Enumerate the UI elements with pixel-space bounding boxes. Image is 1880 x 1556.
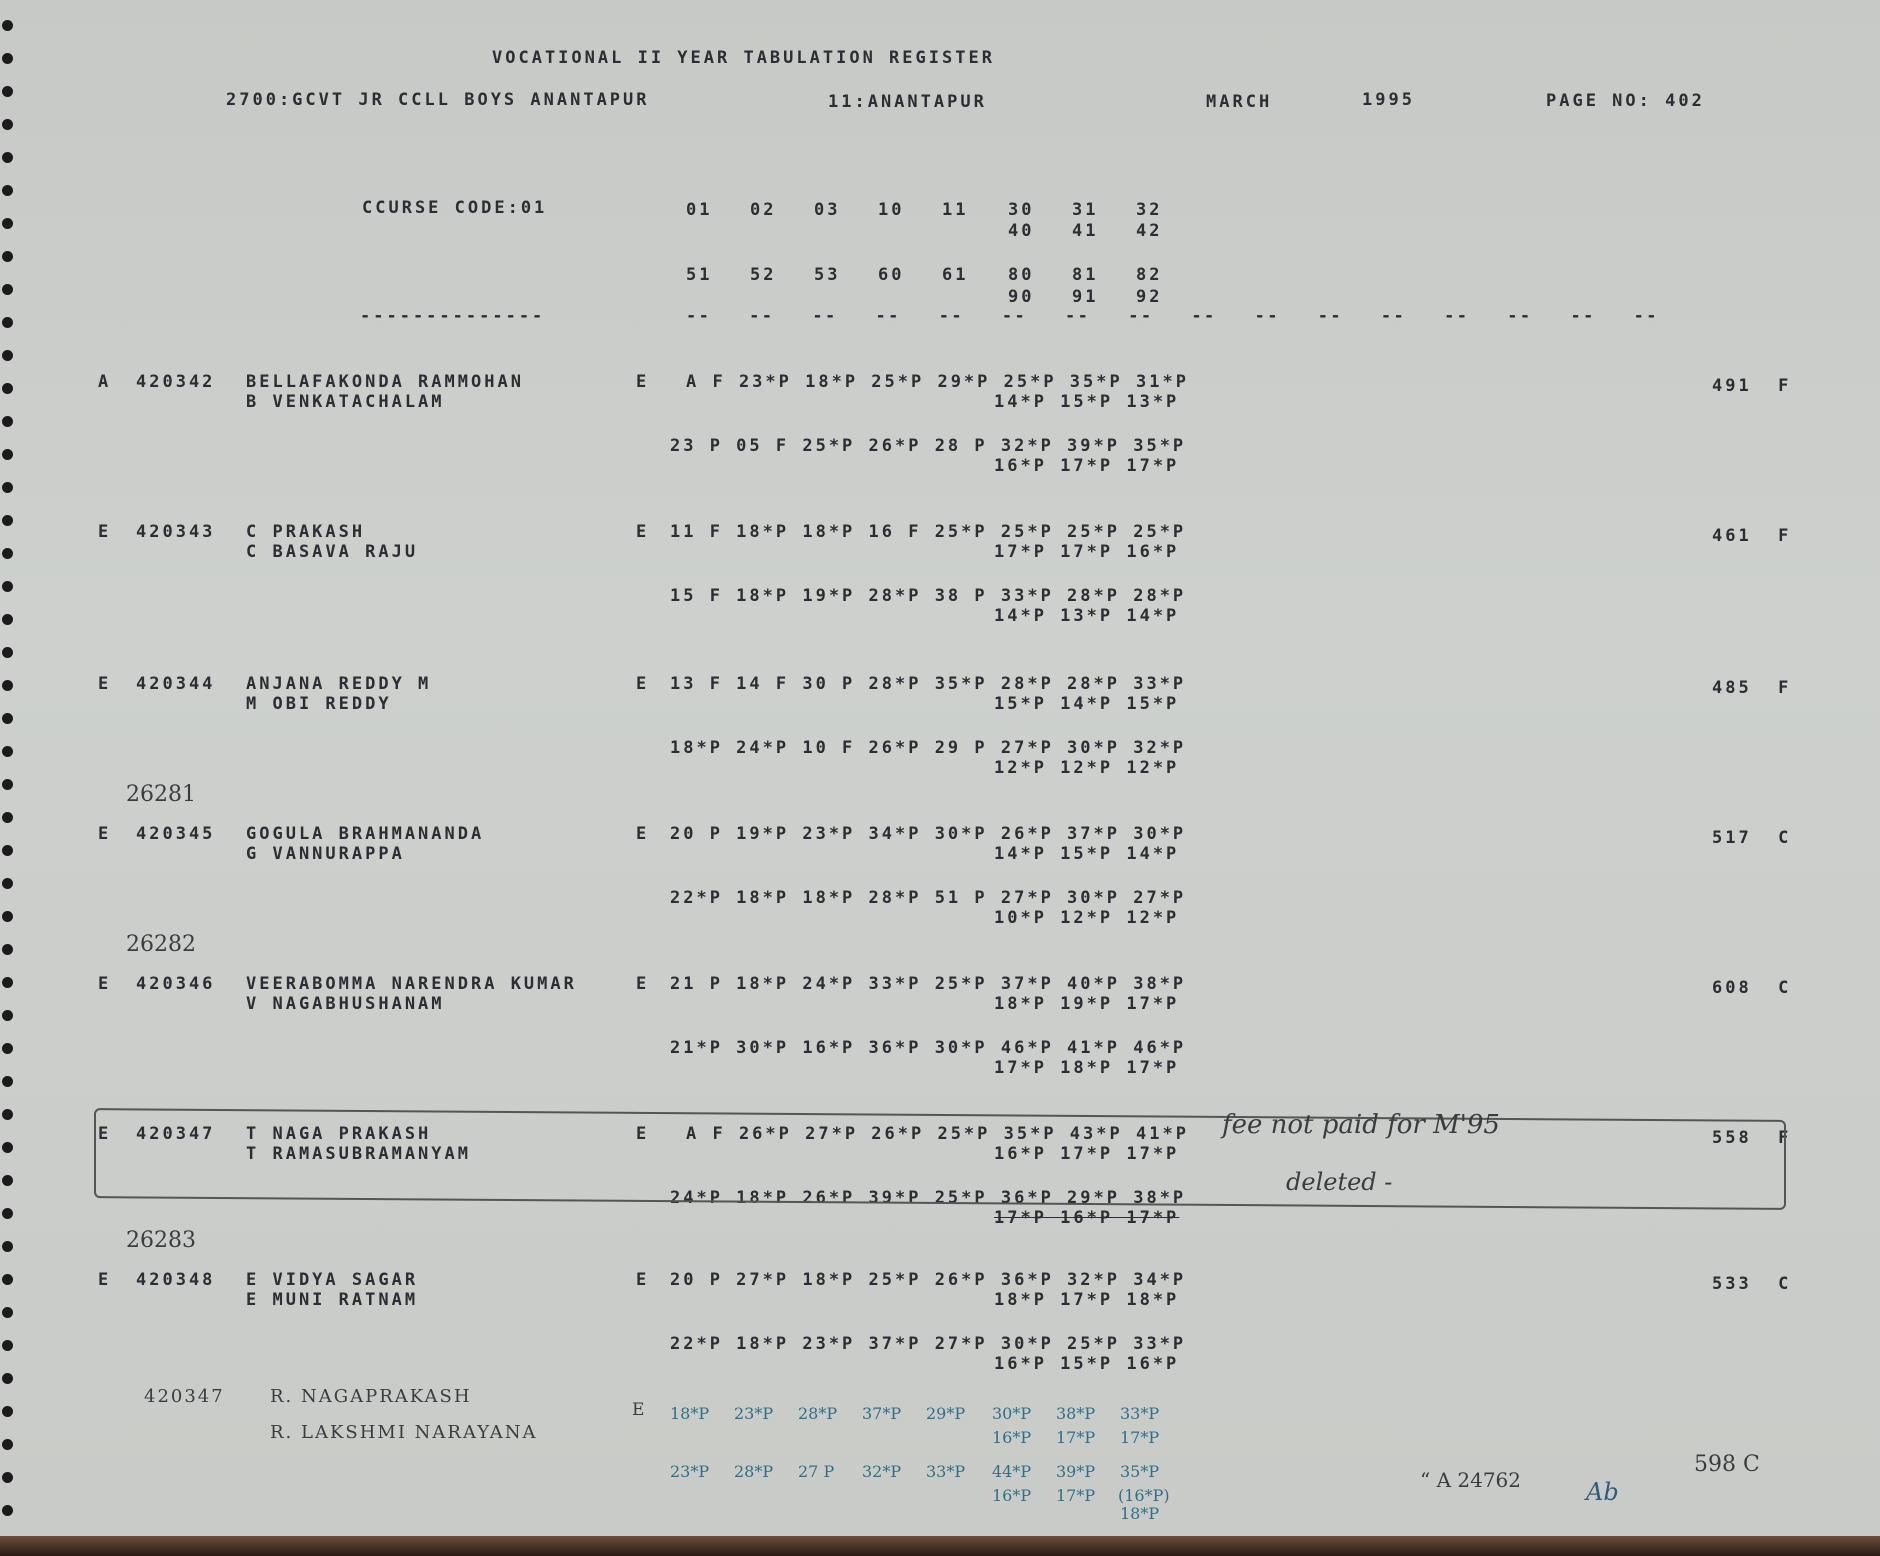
binding-hole: [2, 911, 13, 922]
marks-line-1: A F 23*P 18*P 25*P 29*P 25*P 35*P 31*P: [686, 372, 1189, 392]
hw-name: R. NAGAPRAKASH: [270, 1386, 472, 1407]
binding-hole: [2, 1241, 13, 1252]
hw-mark: 16*P: [992, 1428, 1031, 1447]
code: 11: [942, 200, 968, 220]
grand-total: 461 F: [1712, 526, 1791, 546]
hw-father: R. LAKSHMI NARAYANA: [270, 1422, 538, 1443]
student-name: VEERABOMMA NARENDRA KUMAR: [246, 974, 577, 994]
hw-mark: 28*P: [734, 1462, 773, 1481]
marks-line-2b: 17*P 16*P 17*P: [994, 1208, 1179, 1228]
binding-hole: [2, 119, 13, 130]
code: 91: [1072, 287, 1098, 307]
code: 41: [1072, 221, 1098, 241]
binding-hole: [2, 1274, 13, 1285]
hw-mark: 37*P: [862, 1404, 901, 1423]
exam-month: MARCH: [1206, 92, 1272, 112]
binding-hole: [2, 1439, 13, 1450]
hand-note: 26283: [126, 1228, 196, 1253]
column-dashes: -- -- -- -- -- -- -- -- -- -- -- -- -- -…: [686, 306, 1659, 326]
binding-hole: [2, 1208, 13, 1219]
binding-hole: [2, 152, 13, 163]
hand-note: 26281: [126, 782, 196, 807]
marks-line-2b: 16*P 15*P 16*P: [994, 1354, 1179, 1374]
binding-holes: [0, 20, 18, 1540]
student-flag: A: [98, 372, 111, 392]
marks-line-1: 13 F 14 F 30 P 28*P 35*P 28*P 28*P 33*P: [670, 674, 1186, 694]
code: 02: [750, 200, 776, 220]
deleted-entry-box: [94, 1108, 1786, 1210]
hw-mark: 32*P: [862, 1462, 901, 1481]
binding-hole: [2, 86, 13, 97]
student-name: C PRAKASH: [246, 522, 365, 542]
code: 10: [878, 200, 904, 220]
annotation-fee-not-paid: fee not paid for M'95: [1222, 1110, 1500, 1140]
annotation-deleted: deleted -: [1286, 1168, 1392, 1196]
marks-line-1: 20 P 27*P 18*P 25*P 26*P 36*P 32*P 34*P: [670, 1270, 1186, 1290]
district: 11:ANANTAPUR: [828, 92, 987, 112]
binder-edge: [0, 1536, 1880, 1556]
marks-line-2: 18*P 24*P 10 F 26*P 29 P 27*P 30*P 32*P: [670, 738, 1186, 758]
marks-line-2: 22*P 18*P 18*P 28*P 51 P 27*P 30*P 27*P: [670, 888, 1186, 908]
hw-mark: 30*P: [992, 1404, 1031, 1423]
student-flag: E: [98, 674, 111, 694]
code: 90: [1008, 287, 1034, 307]
binding-hole: [2, 1406, 13, 1417]
binding-hole: [2, 515, 13, 526]
code: 60: [878, 265, 904, 285]
medium: E: [636, 974, 649, 994]
marks-line-2b: 12*P 12*P 12*P: [994, 758, 1179, 778]
father-name: G VANNURAPPA: [246, 844, 405, 864]
marks-line-2: 15 F 18*P 19*P 28*P 38 P 33*P 28*P 28*P: [670, 586, 1186, 606]
code: 52: [750, 265, 776, 285]
exam-year: 1995: [1362, 90, 1415, 110]
student-flag: E: [98, 824, 111, 844]
code: 82: [1136, 265, 1162, 285]
binding-hole: [2, 1142, 13, 1153]
hw-mark: 28*P: [798, 1404, 837, 1423]
binding-hole: [2, 746, 13, 757]
marks-line-2: 22*P 18*P 23*P 37*P 27*P 30*P 25*P 33*P: [670, 1334, 1186, 1354]
binding-hole: [2, 977, 13, 988]
father-name: E MUNI RATNAM: [246, 1290, 418, 1310]
hw-mark: 27 P: [798, 1462, 834, 1481]
marks-line-1: 21 P 18*P 24*P 33*P 25*P 37*P 40*P 38*P: [670, 974, 1186, 994]
binding-hole: [2, 53, 13, 64]
marks-line-1b: 17*P 17*P 16*P: [994, 542, 1179, 562]
binding-hole: [2, 944, 13, 955]
code: 01: [686, 200, 712, 220]
hw-mark: 29*P: [926, 1404, 965, 1423]
marks-line-2b: 14*P 13*P 14*P: [994, 606, 1179, 626]
page-number: PAGE NO: 402: [1546, 91, 1705, 111]
marks-line-1b: 15*P 14*P 15*P: [994, 694, 1179, 714]
father-name: B VENKATACHALAM: [246, 392, 445, 412]
roll-number: 420348: [136, 1270, 215, 1290]
hw-mark: 38*P: [1056, 1404, 1095, 1423]
code: 80: [1008, 265, 1034, 285]
hw-mark: 23*P: [734, 1404, 773, 1423]
binding-hole: [2, 1175, 13, 1186]
binding-hole: [2, 647, 13, 658]
medium: E: [636, 674, 649, 694]
binding-hole: [2, 614, 13, 625]
marks-line-1b: 18*P 17*P 18*P: [994, 1290, 1179, 1310]
marks-line-1b: 14*P 15*P 13*P: [994, 392, 1179, 412]
code: 92: [1136, 287, 1162, 307]
hw-roll: 420347: [144, 1386, 225, 1407]
hw-mark: 23*P: [670, 1462, 709, 1481]
binding-hole: [2, 1505, 13, 1516]
grand-total: 491 F: [1712, 376, 1791, 396]
code: 61: [942, 265, 968, 285]
medium: E: [636, 824, 649, 844]
roll-number: 420343: [136, 522, 215, 542]
hw-mark: 39*P: [1056, 1462, 1095, 1481]
father-name: V NAGABHUSHANAM: [246, 994, 445, 1014]
grand-total: 533 C: [1712, 1274, 1791, 1294]
medium: E: [636, 1270, 649, 1290]
code: 30: [1008, 200, 1034, 220]
binding-hole: [2, 1010, 13, 1021]
hw-mark: 16*P: [992, 1486, 1031, 1505]
father-name: M OBI REDDY: [246, 694, 392, 714]
hw-medium: E: [632, 1400, 644, 1420]
marks-line-2b: 17*P 18*P 17*P: [994, 1058, 1179, 1078]
hw-mark: 17*P: [1056, 1486, 1095, 1505]
code: 81: [1072, 265, 1098, 285]
college-name: 2700:GCVT JR CCLL BOYS ANANTAPUR: [226, 90, 650, 110]
binding-hole: [2, 1340, 13, 1351]
hw-mark: 18*P: [670, 1404, 709, 1423]
medium: E: [636, 372, 649, 392]
binding-hole: [2, 1307, 13, 1318]
marks-line-2b: 16*P 17*P 17*P: [994, 456, 1179, 476]
code: 42: [1136, 221, 1162, 241]
binding-hole: [2, 878, 13, 889]
hw-mark: 17*P: [1056, 1428, 1095, 1447]
marks-line-1: 11 F 18*P 18*P 16 F 25*P 25*P 25*P 25*P: [670, 522, 1186, 542]
marks-line-2: 23 P 05 F 25*P 26*P 28 P 32*P 39*P 35*P: [670, 436, 1186, 456]
roll-number: 420344: [136, 674, 215, 694]
binding-hole: [2, 350, 13, 361]
binding-hole: [2, 713, 13, 724]
binding-hole: [2, 1472, 13, 1483]
grand-total: 485 F: [1712, 678, 1791, 698]
register-title: VOCATIONAL II YEAR TABULATION REGISTER: [492, 48, 995, 68]
marks-line-1b: 14*P 15*P 14*P: [994, 844, 1179, 864]
grand-total: 608 C: [1712, 978, 1791, 998]
signature-initials: Ab: [1586, 1478, 1619, 1506]
hw-mark: 33*P: [926, 1462, 965, 1481]
hw-mark: 44*P: [992, 1462, 1031, 1481]
code: 31: [1072, 200, 1098, 220]
student-name: E VIDYA SAGAR: [246, 1270, 418, 1290]
binding-hole: [2, 548, 13, 559]
binding-hole: [2, 416, 13, 427]
roll-number: 420345: [136, 824, 215, 844]
binding-hole: [2, 20, 13, 31]
medium: E: [636, 522, 649, 542]
student-name: BELLAFAKONDA RAMMOHAN: [246, 372, 524, 392]
hw-mark: 35*P: [1120, 1462, 1159, 1481]
student-flag: E: [98, 974, 111, 994]
binding-hole: [2, 284, 13, 295]
binding-hole: [2, 1109, 13, 1120]
binding-hole: [2, 218, 13, 229]
grand-total: 517 C: [1712, 828, 1791, 848]
binding-hole: [2, 1373, 13, 1384]
code: 51: [686, 265, 712, 285]
code: 32: [1136, 200, 1162, 220]
binding-hole: [2, 317, 13, 328]
code: 03: [814, 200, 840, 220]
roll-number: 420342: [136, 372, 215, 392]
register-page: VOCATIONAL II YEAR TABULATION REGISTER 2…: [0, 0, 1880, 1540]
student-name: ANJANA REDDY M: [246, 674, 431, 694]
marks-line-2b: 10*P 12*P 12*P: [994, 908, 1179, 928]
binding-hole: [2, 449, 13, 460]
binding-hole: [2, 845, 13, 856]
father-name: C BASAVA RAJU: [246, 542, 418, 562]
header-rule: --------------: [360, 306, 545, 326]
hw-struck-mark: (16*P): [1118, 1486, 1170, 1505]
code: 53: [814, 265, 840, 285]
code: 40: [1008, 221, 1034, 241]
hw-reference: “ A 24762: [1420, 1468, 1521, 1492]
binding-hole: [2, 185, 13, 196]
hand-note: 26282: [126, 932, 196, 957]
binding-hole: [2, 1043, 13, 1054]
student-flag: E: [98, 1270, 111, 1290]
binding-hole: [2, 383, 13, 394]
binding-hole: [2, 779, 13, 790]
marks-line-2: 21*P 30*P 16*P 36*P 30*P 46*P 41*P 46*P: [670, 1038, 1186, 1058]
binding-hole: [2, 482, 13, 493]
student-name: GOGULA BRAHMANANDA: [246, 824, 484, 844]
binding-hole: [2, 812, 13, 823]
marks-line-1b: 18*P 19*P 17*P: [994, 994, 1179, 1014]
hw-total: 598 C: [1694, 1452, 1760, 1477]
hw-mark: 33*P: [1120, 1404, 1159, 1423]
binding-hole: [2, 251, 13, 262]
student-flag: E: [98, 522, 111, 542]
hw-mark: 17*P: [1120, 1428, 1159, 1447]
binding-hole: [2, 581, 13, 592]
roll-number: 420346: [136, 974, 215, 994]
course-code: CCURSE CODE:01: [362, 198, 547, 218]
hw-mark: 18*P: [1120, 1504, 1159, 1523]
binding-hole: [2, 1076, 13, 1087]
marks-line-1: 20 P 19*P 23*P 34*P 30*P 26*P 37*P 30*P: [670, 824, 1186, 844]
binding-hole: [2, 680, 13, 691]
